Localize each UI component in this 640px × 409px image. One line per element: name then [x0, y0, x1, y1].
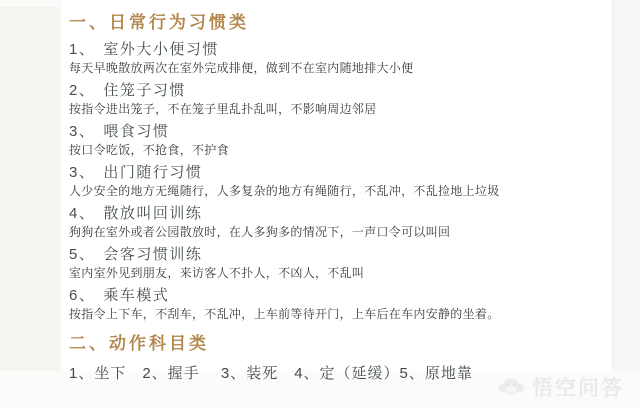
- item-heading: 3、喂食习惯: [69, 122, 594, 141]
- item-heading-text: 会客习惯训练: [103, 246, 202, 263]
- item-description: 按指令上下车，不刮车，不乱冲，上车前等待开门，上车后在车内安静的坐着。: [69, 308, 594, 321]
- item-heading: 6、乘车模式: [69, 286, 594, 305]
- wukong-monkey-icon: [496, 376, 526, 398]
- section-1-title: 一、日常行为习惯类: [69, 11, 594, 34]
- item-heading: 1、室外大小便习惯: [69, 40, 594, 59]
- watermark-text: 悟空问答: [532, 372, 624, 402]
- article-content: 一、日常行为习惯类 1、室外大小便习惯 每天早晚散放两次在室外完成排便，做到不在…: [61, 0, 613, 371]
- item-description: 按口令吃饭，不抢食，不护食: [69, 144, 594, 157]
- item-description: 人少安全的地方无绳随行，人多复杂的地方有绳随行，不乱冲，不乱捡地上垃圾: [69, 185, 594, 198]
- item-number: 5、: [69, 246, 95, 263]
- page-right-margin: [613, 0, 640, 371]
- habit-item-list: 1、室外大小便习惯 每天早晚散放两次在室外完成排便，做到不在室内随地排大小便 2…: [69, 40, 594, 321]
- list-item: 6、乘车模式 按指令上下车，不刮车，不乱冲，上车前等待开门，上车后在车内安静的坐…: [69, 286, 594, 321]
- item-heading-text: 散放叫回训练: [103, 205, 202, 222]
- item-number: 2、: [69, 82, 95, 99]
- list-item: 3、出门随行习惯 人少安全的地方无绳随行，人多复杂的地方有绳随行，不乱冲，不乱捡…: [69, 163, 594, 198]
- item-heading: 5、会客习惯训练: [69, 245, 594, 264]
- item-number: 6、: [69, 287, 95, 304]
- item-number: 3、: [69, 164, 95, 181]
- item-description: 按指令进出笼子，不在笼子里乱扑乱叫，不影响周边邻居: [69, 103, 594, 116]
- item-number: 1、: [69, 41, 95, 58]
- item-description: 狗狗在室外或者公园散放时，在人多狗多的情况下，一声口令可以叫回: [69, 226, 594, 239]
- item-number: 4、: [69, 205, 95, 222]
- item-heading-text: 室外大小便习惯: [103, 41, 219, 58]
- item-heading-text: 出门随行习惯: [103, 164, 202, 181]
- item-heading: 4、散放叫回训练: [69, 204, 594, 223]
- list-item: 3、喂食习惯 按口令吃饭，不抢食，不护食: [69, 122, 594, 157]
- list-item: 1、室外大小便习惯 每天早晚散放两次在室外完成排便，做到不在室内随地排大小便: [69, 40, 594, 75]
- article-page: 一、日常行为习惯类 1、室外大小便习惯 每天早晚散放两次在室外完成排便，做到不在…: [0, 0, 640, 409]
- item-heading-text: 喂食习惯: [103, 123, 169, 140]
- list-item: 4、散放叫回训练 狗狗在室外或者公园散放时，在人多狗多的情况下，一声口令可以叫回: [69, 204, 594, 239]
- item-heading: 3、出门随行习惯: [69, 163, 594, 182]
- item-heading-text: 乘车模式: [103, 287, 169, 304]
- list-item: 2、住笼子习惯 按指令进出笼子，不在笼子里乱扑乱叫，不影响周边邻居: [69, 81, 594, 116]
- item-description: 室内室外见到朋友，来访客人不扑人，不凶人，不乱叫: [69, 267, 594, 280]
- watermark: 悟空问答: [496, 372, 624, 402]
- page-left-margin: [0, 7, 61, 371]
- list-item: 5、会客习惯训练 室内室外见到朋友，来访客人不扑人，不凶人，不乱叫: [69, 245, 594, 280]
- section-2-title: 二、动作科目类: [69, 332, 594, 355]
- item-number: 3、: [69, 123, 95, 140]
- item-heading: 2、住笼子习惯: [69, 81, 594, 100]
- item-heading-text: 住笼子习惯: [103, 82, 186, 99]
- item-description: 每天早晚散放两次在室外完成排便，做到不在室内随地排大小便: [69, 62, 594, 75]
